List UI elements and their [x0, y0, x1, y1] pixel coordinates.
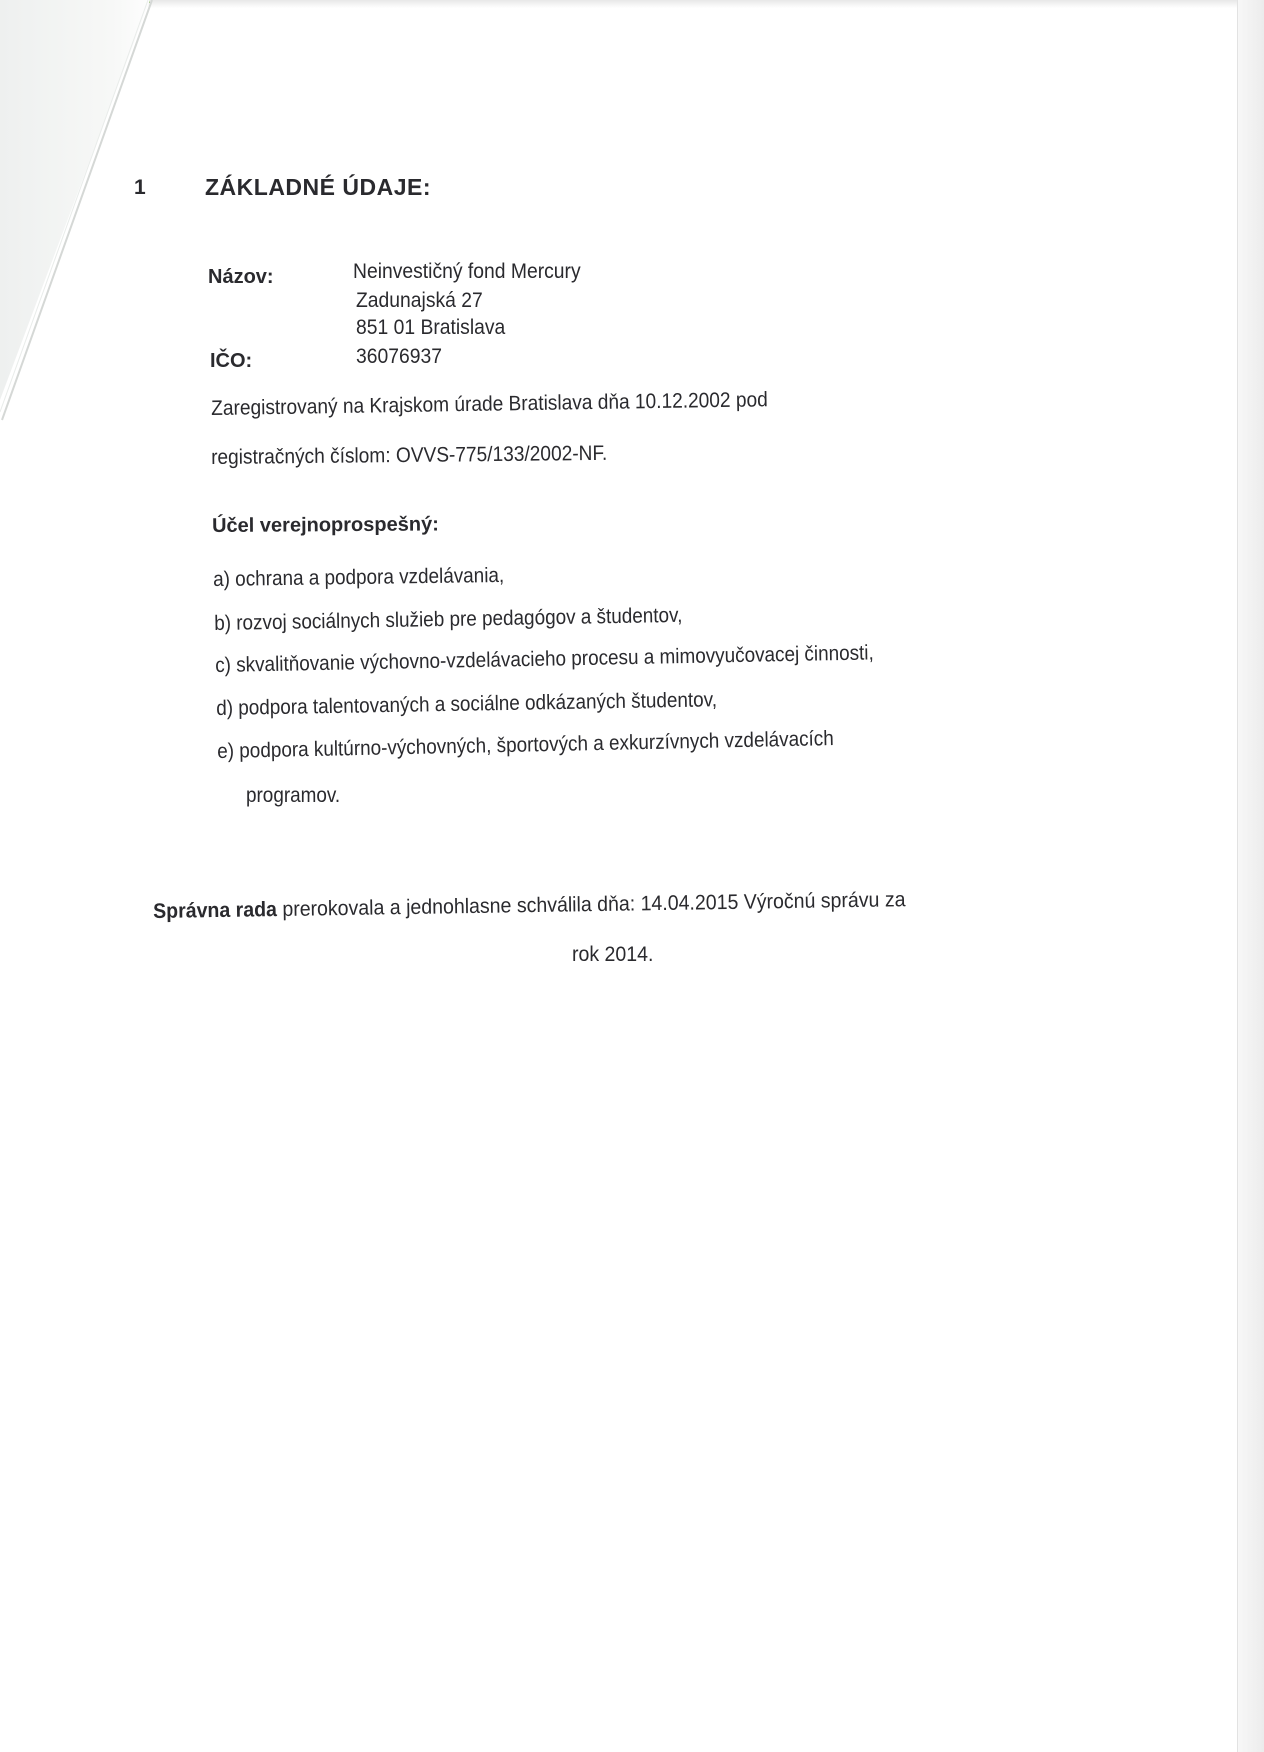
ico-value: 36076937	[356, 343, 442, 370]
document: 1 ZÁKLADNÉ ÚDAJE: Názov: Neinvestičný fo…	[0, 0, 1238, 1752]
approval-board-name: Správna rada	[153, 898, 277, 923]
registration-line-1: Zaregistrovaný na Krajskom úrade Bratisl…	[211, 388, 768, 421]
purpose-item-c: c) skvalitňovanie výchovno-vzdelávacieho…	[215, 641, 874, 678]
name-label: Názov:	[208, 266, 274, 289]
address-city: 851 01 Bratislava	[356, 314, 505, 341]
address-street: Zadunajská 27	[356, 287, 483, 314]
purpose-item-e-continued: programov.	[246, 784, 340, 808]
purpose-title: Účel verejnoprospešný:	[212, 513, 439, 538]
section-number: 1	[134, 176, 146, 200]
approval-statement: Správna rada prerokovala a jednohlasne s…	[153, 888, 906, 924]
purpose-item-b: b) rozvoj sociálnych služieb pre pedagóg…	[214, 604, 683, 636]
ico-label: IČO:	[210, 350, 252, 373]
purpose-item-a: a) ochrana a podpora vzdelávania,	[213, 564, 504, 592]
purpose-item-d: d) podpora talentovaných a sociálne odká…	[216, 688, 717, 721]
scan-edge-right	[1237, 0, 1264, 1752]
approval-text: prerokovala a jednohlasne schválila dňa:…	[277, 888, 906, 921]
fund-name: Neinvestičný fond Mercury	[353, 258, 581, 285]
section-title: ZÁKLADNÉ ÚDAJE:	[205, 174, 431, 201]
registration-line-2: registračných číslom: OVVS-775/133/2002-…	[211, 442, 607, 470]
purpose-item-e: e) podpora kultúrno-výchovných, športový…	[217, 727, 834, 764]
approval-year: rok 2014.	[572, 943, 653, 967]
